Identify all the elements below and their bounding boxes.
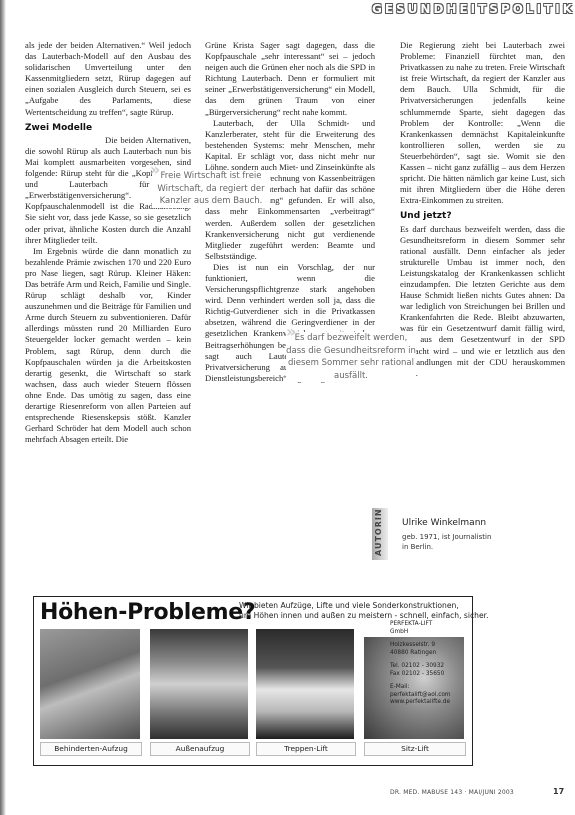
ad-caption: Behinderten-Aufzug (40, 742, 142, 756)
ad-title: Höhen-Probleme? (40, 600, 255, 625)
ad-tagline-line: Wir bieten Aufzüge, Lifte und viele Sond… (239, 601, 488, 611)
ad-street: Holzkesselstr. 9 (390, 642, 470, 650)
subheading-zwei-modelle: Zwei Modelle (25, 123, 191, 134)
ad-contact-block: PERFEKTA-LIFT GmbH Holzkesselstr. 9 4088… (390, 621, 470, 707)
ad-email-link[interactable]: perfektalift@aol.com (390, 692, 470, 700)
ad-caption: Treppen-Lift (256, 742, 356, 756)
advertisement: Höhen-Probleme? Wir bieten Aufzüge, Lift… (33, 596, 473, 766)
author-bio-line: in Berlin. (402, 542, 491, 552)
author-tag: AUTORIN (372, 508, 388, 560)
quote-mark-icon: » (286, 326, 296, 339)
quote-mark-icon: » (150, 164, 160, 177)
pull-quote-text: Freie Wirtschaft ist freie Wirtschaft, d… (157, 171, 264, 206)
author-name: Ulrike Winkelmann (402, 518, 486, 528)
ad-photo-aussenaufzug (150, 629, 248, 739)
pull-quote-text: Es darf bezweifelt werden, dass die Gesu… (286, 333, 416, 381)
ad-email-label: E-Mail: (390, 684, 470, 692)
page-number: 17 (553, 787, 564, 796)
page-spine-shadow (0, 0, 6, 815)
paragraph: Grüne Krista Sager sagt dagegen, dass di… (205, 40, 375, 118)
ad-tagline-line: um Höhen innen und außen zu meistern - s… (239, 611, 488, 621)
ad-fax: Fax 02102 - 35650 (390, 671, 470, 679)
paragraph: als jede der beiden Alternativen.“ Weil … (25, 40, 191, 118)
ad-caption: Außenaufzug (150, 742, 250, 756)
author-bio-line: geb. 1971, ist Journalistin (402, 532, 491, 542)
article-column-3: Die Regierung zieht bei Lauterbach zwei … (400, 40, 565, 379)
paragraph: Es darf durchaus bezweifelt werden, dass… (400, 224, 565, 379)
author-bio: geb. 1971, ist Journalistin in Berlin. (402, 532, 491, 552)
footer-citation: DR. MED. MABUSE 143 · MAI/JUNI 2003 (390, 789, 514, 796)
ad-photo-treppen-lift (256, 629, 354, 739)
author-tag-label: AUTORIN (374, 508, 383, 556)
author-box: AUTORIN Ulrike Winkelmann geb. 1971, ist… (372, 508, 562, 560)
ad-company: PERFEKTA-LIFT (390, 621, 470, 629)
ad-company: GmbH (390, 629, 470, 637)
ad-tagline: Wir bieten Aufzüge, Lifte und viele Sond… (239, 601, 488, 621)
ad-website-link[interactable]: www.perfektalifte.de (390, 699, 470, 707)
paragraph: Die Regierung zieht bei Lauterbach zwei … (400, 40, 565, 206)
pull-quote-2: » Es darf bezweifelt werden, dass die Ge… (286, 332, 416, 382)
section-header: GESUNDHEITSPOLITIK (372, 2, 575, 16)
ad-city: 40880 Ratingen (390, 650, 470, 658)
pull-quote-1: » Freie Wirtschaft ist freie Wirtschaft,… (152, 170, 270, 208)
paragraph: Im Ergebnis würde die dann monatlich zu … (25, 246, 191, 446)
article-column-1: als jede der beiden Alternativen.“ Weil … (25, 40, 191, 445)
ad-photo-behinderten-aufzug (40, 629, 140, 739)
ad-phone: Tel. 02102 - 30932 (390, 663, 470, 671)
subheading-und-jetzt: Und jetzt? (400, 211, 565, 222)
ad-caption: Sitz-Lift (364, 742, 466, 756)
